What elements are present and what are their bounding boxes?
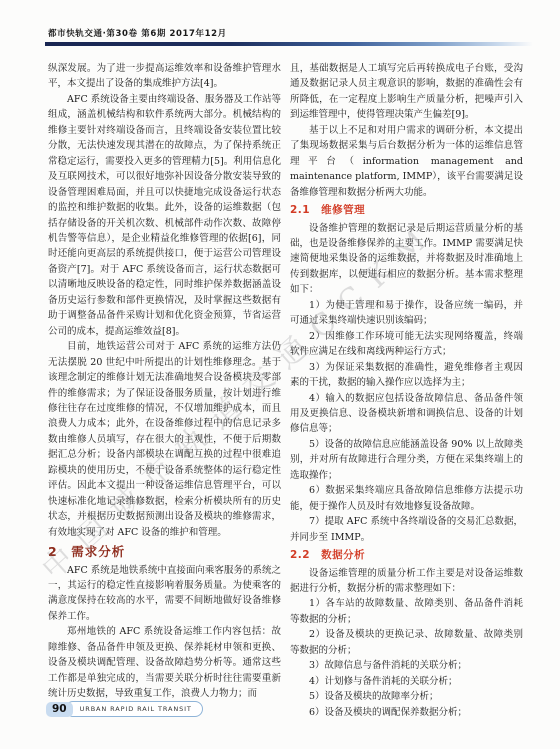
paragraph: 且，基础数据是人工填写完后再转换成电子台账，受沟通及数据记录人员主观意识的影响，… <box>290 61 523 123</box>
right-column: 且，基础数据是人工填写完后再转换成电子台账，受沟通及数据记录人员主观意识的影响，… <box>290 61 523 720</box>
paragraph: 4）输入的数据应包括设备故障信息、备品备件领用及更换信息、设备模块新增和调换信息… <box>290 391 523 437</box>
paragraph: 设备维护管理的数据记录是后期运营质量分析的基础，也是设备维修保养的主要工作。IM… <box>290 221 523 298</box>
paragraph: 1）各车站的故障数量、故障类别、备品备件消耗等数据的分析； <box>290 596 523 627</box>
paragraph: 设备运维管理的质量分析工作主要是对设备运维数据进行分析，数据分析的需求整理如下： <box>290 566 523 597</box>
paragraph: 2）因维修工作环境可能无法实现网络覆盖，终端软件应满足在线和离线两种运行方式； <box>290 329 523 360</box>
paragraph: 5）设备的故障信息应能涵盖设备 90% 以上故障类别，并对所有故障进行合理分类，… <box>290 437 523 483</box>
paragraph: 7）提取 AFC 系统中各终端设备的交易汇总数据，并同步至 IMMP。 <box>290 514 523 545</box>
paragraph: 3）为保证采集数据的准确性，避免维修者主观因素的干扰，数据的输入操作应以选择为主… <box>290 360 523 391</box>
left-column: 纵深发展。为了进一步提高运维效率和设备维护管理水平，本文提出了设备的集成维护方法… <box>48 61 281 720</box>
page-footer: 90 URBAN RAPID RAIL TRANSIT <box>46 701 203 717</box>
article-body: 纵深发展。为了进一步提高运维效率和设备维护管理水平，本文提出了设备的集成维护方法… <box>48 61 523 720</box>
paragraph: 5）设备及模块的故障率分析； <box>290 689 523 704</box>
paragraph: 基于以上不足和对用户需求的调研分析，本文提出了集现场数据采集与后台数据分析为一体… <box>290 123 523 200</box>
paragraph: 郑州地铁的 AFC 系统设备运维工作内容包括：故障维修、备品备件申领及更换、保养… <box>48 624 281 701</box>
paragraph: 4）计划修与备件消耗的关联分析； <box>290 674 523 689</box>
journal-banner: URBAN RAPID RAIL TRANSIT <box>65 701 203 717</box>
header-rule <box>45 42 533 46</box>
section-heading: 2 需求分析 <box>48 544 281 559</box>
subsection-heading: 2.2 数据分析 <box>290 548 523 563</box>
paragraph: 3）故障信息与备件消耗的关联分析； <box>290 658 523 673</box>
paragraph: 目前，地铁运营公司对于 AFC 系统的运维方法仍无法摆脱 20 世纪中叶所提出的… <box>48 339 281 540</box>
paragraph: 6）数据采集终端应具备故障信息维修方法提示功能，便于操作人员及时有效地修复设备故… <box>290 483 523 514</box>
subsection-heading: 2.1 维修管理 <box>290 203 523 218</box>
paragraph: AFC 系统是地铁系统中直接面向乘客服务的系统之一，其运行的稳定性直接影响着服务… <box>48 563 281 625</box>
paragraph: 纵深发展。为了进一步提高运维效率和设备维护管理水平，本文提出了设备的集成维护方法… <box>48 61 281 92</box>
journal-header-text: 都市快轨交通·第30卷 第6期 2017年12月 <box>48 27 227 39</box>
page-number: 90 <box>46 702 73 717</box>
paragraph: 6）设备及模块的调配保养数据分析； <box>290 705 523 720</box>
paragraph: AFC 系统设备主要由终端设备、服务器及工作站等组成，涵盖机械结构和软件系统两大… <box>48 92 281 339</box>
paragraph: 2）设备及模块的更换记录、故障数量、故障类别等数据的分析； <box>290 627 523 658</box>
paragraph: 1）为便于管理和易于操作，设备应统一编码，并可通过采集终端快速识别该编码； <box>290 298 523 329</box>
